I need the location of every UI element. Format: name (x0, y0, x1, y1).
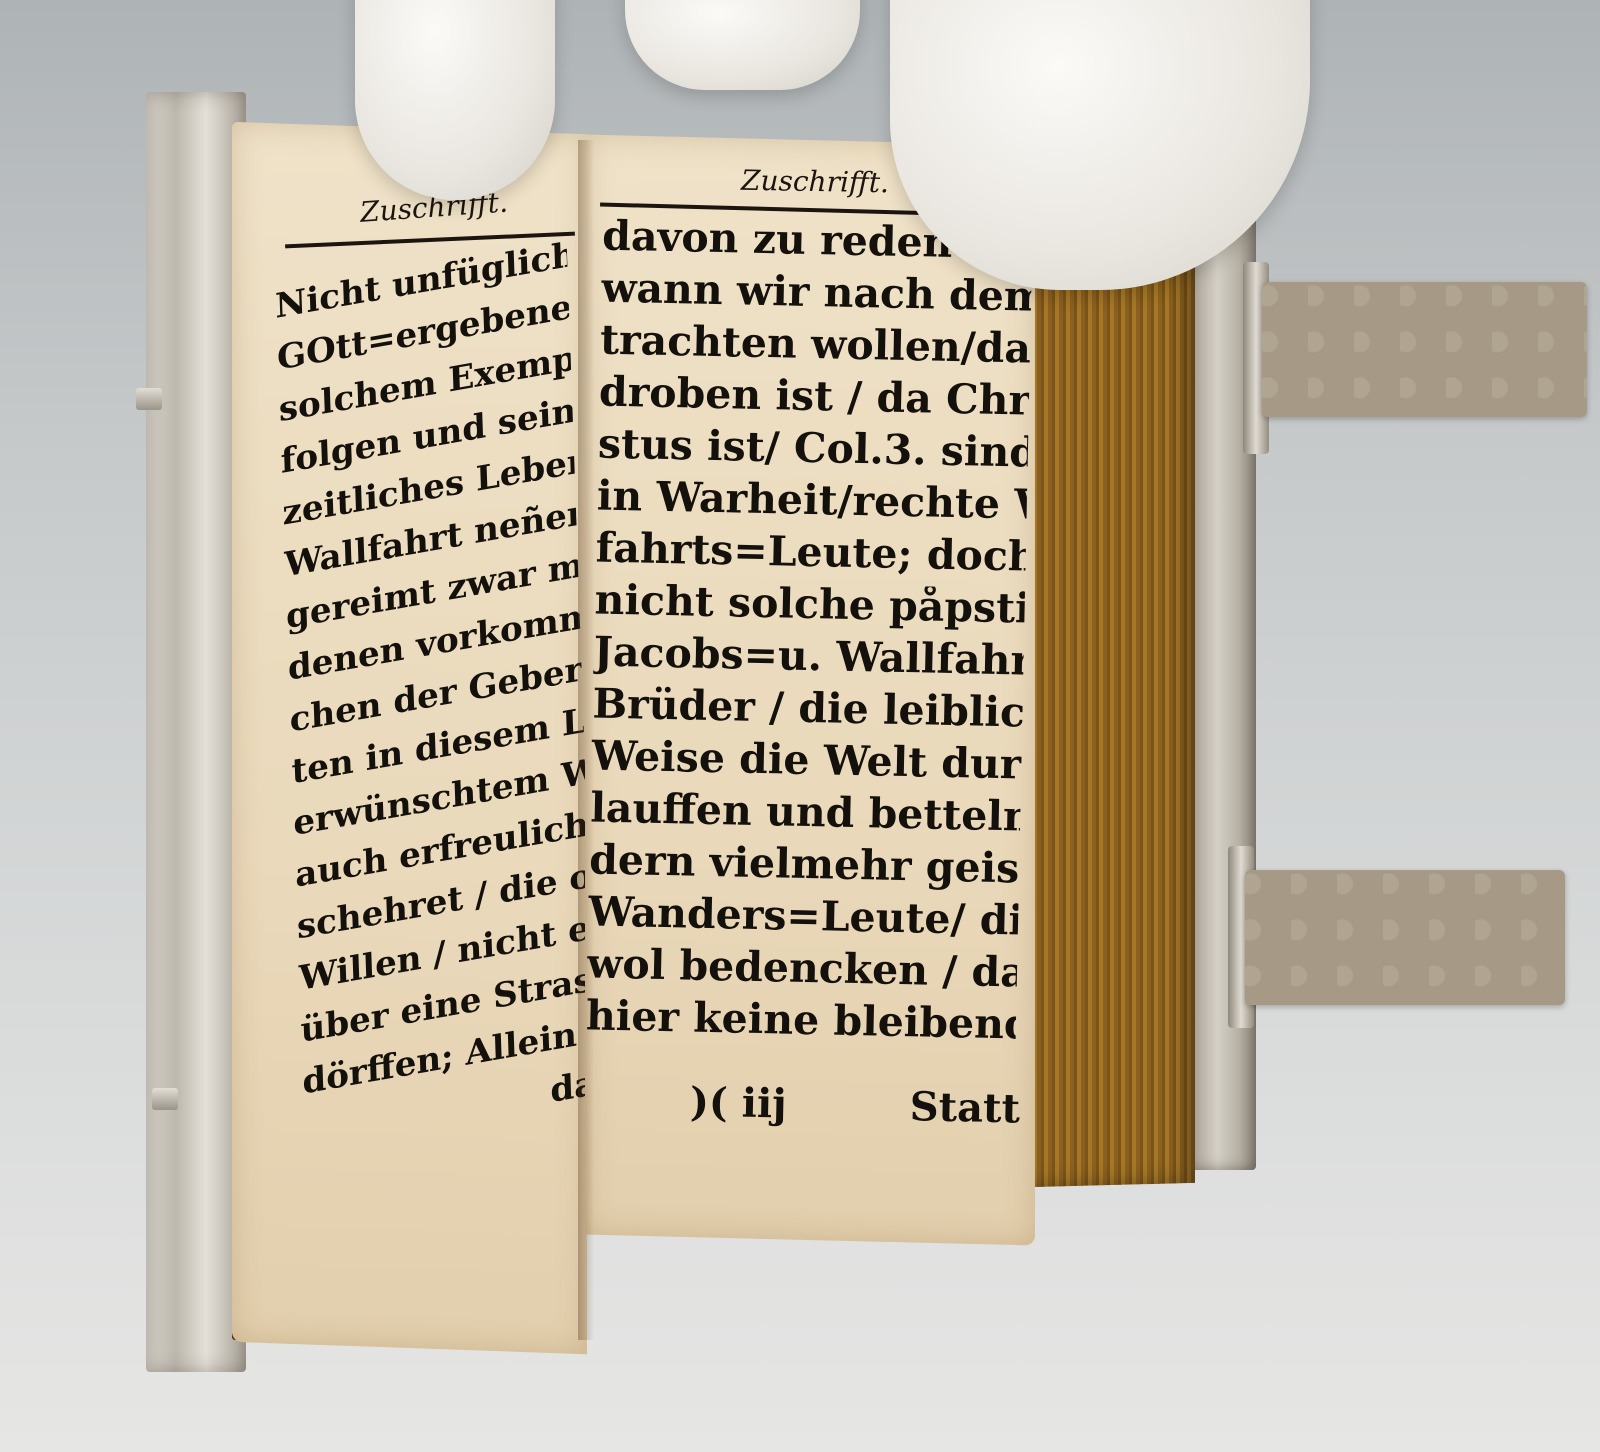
text-line: Jacobs=u. Wallfahrts= (593, 631, 1024, 692)
text-line: in Warheit/rechte Wall= (596, 476, 1027, 537)
filigree-clasp-bottom (1245, 870, 1565, 1005)
gilt-fore-edge (1030, 223, 1195, 1187)
gloved-finger-left (355, 0, 555, 200)
text-line: fahrts=Leute; doch auch (595, 528, 1026, 589)
text-line: wann wir nach dem (601, 268, 1032, 329)
text-line: Weise die Welt durch= (591, 735, 1022, 796)
silver-back-cover (146, 92, 246, 1372)
text-line: Wanders=Leute/ die da (588, 891, 1019, 952)
text-line: wol bedencken / daß sie (586, 943, 1017, 1004)
text-line: lauffen und betteln; son= (590, 787, 1021, 848)
text-line: nicht solche påpstische (594, 580, 1025, 641)
clasp-catch-pin-bottom (152, 1088, 178, 1110)
text-line: trachten wollen/das (599, 320, 1030, 381)
text-line: hier keine bleibende (585, 995, 1016, 1056)
left-page-text: Nicht unfüglich kan ein GOtt=ergebener C… (275, 239, 598, 1169)
text-line: dern vielmehr geistliche (589, 839, 1020, 900)
gloved-finger-middle (625, 0, 860, 90)
text-line: Brüder / die leiblicher (592, 683, 1023, 744)
signature-mark: )( iij (690, 1079, 788, 1128)
right-running-head: Zuschrifft. (720, 163, 911, 199)
right-page-text: davon zu reden / und wann wir nach dem t… (585, 216, 1032, 1057)
clasp-catch-pin-top (136, 388, 162, 410)
signature-line: )( iij Statt (690, 1079, 1021, 1133)
filigree-clasp-top (1262, 282, 1587, 417)
text-line: droben ist / da Chri= (598, 372, 1029, 433)
text-line: stus ist/ Col.3. sind wir (597, 424, 1028, 485)
catchword: Statt (909, 1083, 1020, 1132)
